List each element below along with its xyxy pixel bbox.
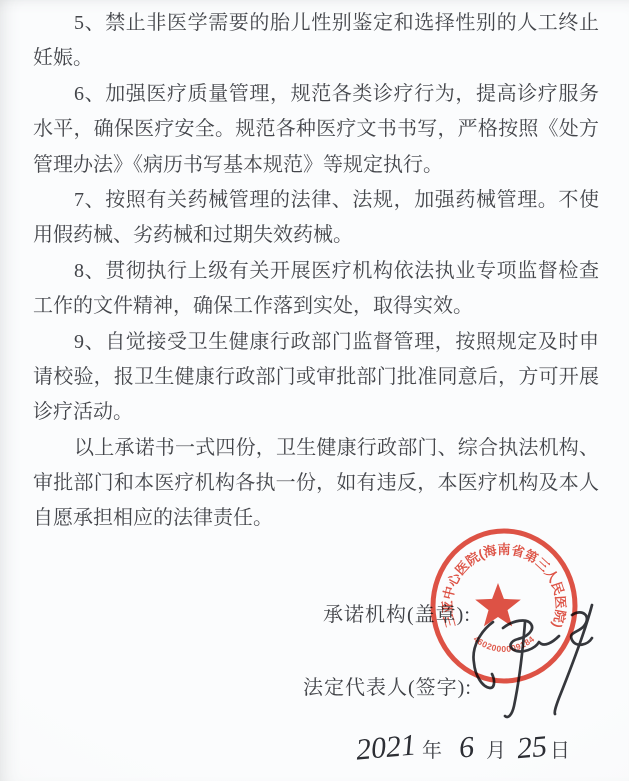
body-line: 6、加强医疗质量管理，规范各类诊疗行为，提高诊疗服务 bbox=[33, 77, 599, 112]
commitment-text: 5、禁止非医学需要的胎儿性别鉴定和选择性别的人工终止 妊娠。 6、加强医疗质量管… bbox=[33, 6, 599, 537]
body-line: 以上承诺书一式四份，卫生健康行政部门、综合执法机构、 bbox=[33, 431, 599, 466]
body-line: 审批部门和本医疗机构各执一份，如有违反，本医疗机构及本人 bbox=[33, 466, 599, 501]
body-line: 诊疗活动。 bbox=[33, 395, 599, 430]
body-line: 请校验，报卫生健康行政部门或审批部门批准同意后，方可开展 bbox=[33, 360, 599, 395]
body-line: 妊娠。 bbox=[33, 41, 599, 76]
date-year-unit: 年 bbox=[422, 734, 443, 763]
body-line: 7、按照有关药械管理的法律、法规，加强药械管理。不使 bbox=[33, 183, 599, 218]
body-line: 9、自觉接受卫生健康行政部门监督管理，按照规定及时申 bbox=[33, 325, 599, 360]
date-line: 2021 年 6 月 25 日 bbox=[356, 731, 571, 765]
date-year-value: 2021 bbox=[355, 728, 418, 767]
signature-stroke bbox=[505, 622, 525, 717]
date-day-value: 25 bbox=[516, 730, 549, 766]
signature-stroke bbox=[503, 621, 559, 652]
scanned-commitment-letter: 5、禁止非医学需要的胎儿性别鉴定和选择性别的人工终止 妊娠。 6、加强医疗质量管… bbox=[0, 0, 629, 781]
body-line: 8、贯彻执行上级有关开展医疗机构依法执业专项监督检查 bbox=[33, 254, 599, 289]
body-line: 5、禁止非医学需要的胎儿性别鉴定和选择性别的人工终止 bbox=[33, 6, 599, 41]
signature-stroke bbox=[555, 605, 592, 714]
body-line: 用假药械、劣药械和过期失效药械。 bbox=[33, 218, 599, 253]
body-line: 管理办法》《病历书写基本规范》等规定执行。 bbox=[33, 148, 599, 183]
legal-representative-signature bbox=[455, 570, 615, 725]
signature-stroke bbox=[473, 622, 494, 688]
date-month-value: 6 bbox=[458, 730, 476, 765]
body-line: 水平，确保医疗安全。规范各种医疗文书书写，严格按照《处方 bbox=[33, 112, 599, 147]
body-line: 工作的文件精神，确保工作落到实处，取得实效。 bbox=[33, 289, 599, 324]
date-day-unit: 日 bbox=[550, 734, 571, 763]
date-month-unit: 月 bbox=[486, 734, 507, 763]
